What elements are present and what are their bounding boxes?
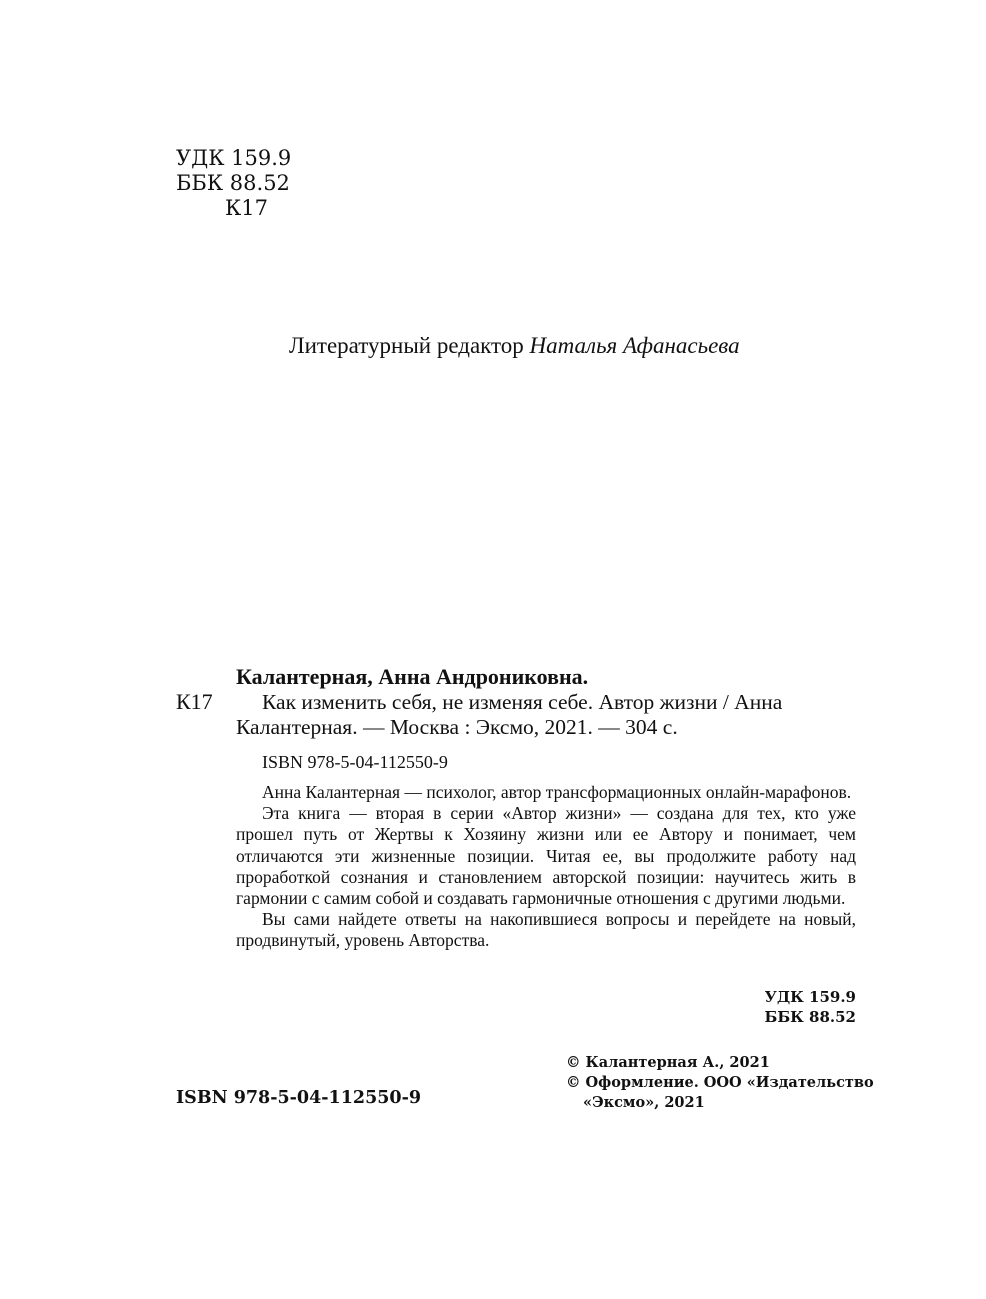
literary-editor-line: Литературный редактор Наталья Афанасьева xyxy=(289,333,740,359)
bibliographic-description-line-2: Калантерная. — Москва : Эксмо, 2021. — 3… xyxy=(236,715,678,740)
author-sign-record: К17 xyxy=(176,689,213,715)
editor-name: Наталья Афанасьева xyxy=(530,333,740,358)
udk-code-right: УДК 159.9 xyxy=(765,987,856,1007)
author-sign-top: К17 xyxy=(225,196,268,221)
copyright-author: © Калантерная А., 2021 xyxy=(566,1053,770,1073)
author-heading: Калантерная, Анна Андрониковна. xyxy=(236,664,588,690)
copyright-publisher: «Эксмо», 2021 xyxy=(583,1093,705,1113)
annotation-paragraph: Анна Калантерная — психолог, автор транс… xyxy=(236,782,856,803)
editor-label: Литературный редактор xyxy=(289,333,524,358)
bbk-code-top: ББК 88.52 xyxy=(176,171,290,196)
bibliographic-description-line-1: Как изменить себя, не изменяя себе. Авто… xyxy=(262,690,782,715)
isbn-record: ISBN 978-5-04-112550-9 xyxy=(262,752,448,773)
annotation: Анна Калантерная — психолог, автор транс… xyxy=(236,782,856,952)
isbn-bottom: ISBN 978-5-04-112550-9 xyxy=(176,1088,421,1108)
annotation-paragraph: Эта книга — вторая в серии «Автор жизни»… xyxy=(236,803,856,909)
annotation-paragraph: Вы сами найдете ответы на накопившиеся в… xyxy=(236,909,856,951)
udk-code-top: УДК 159.9 xyxy=(176,146,291,171)
bbk-code-right: ББК 88.52 xyxy=(765,1007,856,1027)
copyright-design: © Оформление. ООО «Издательство xyxy=(566,1073,874,1093)
